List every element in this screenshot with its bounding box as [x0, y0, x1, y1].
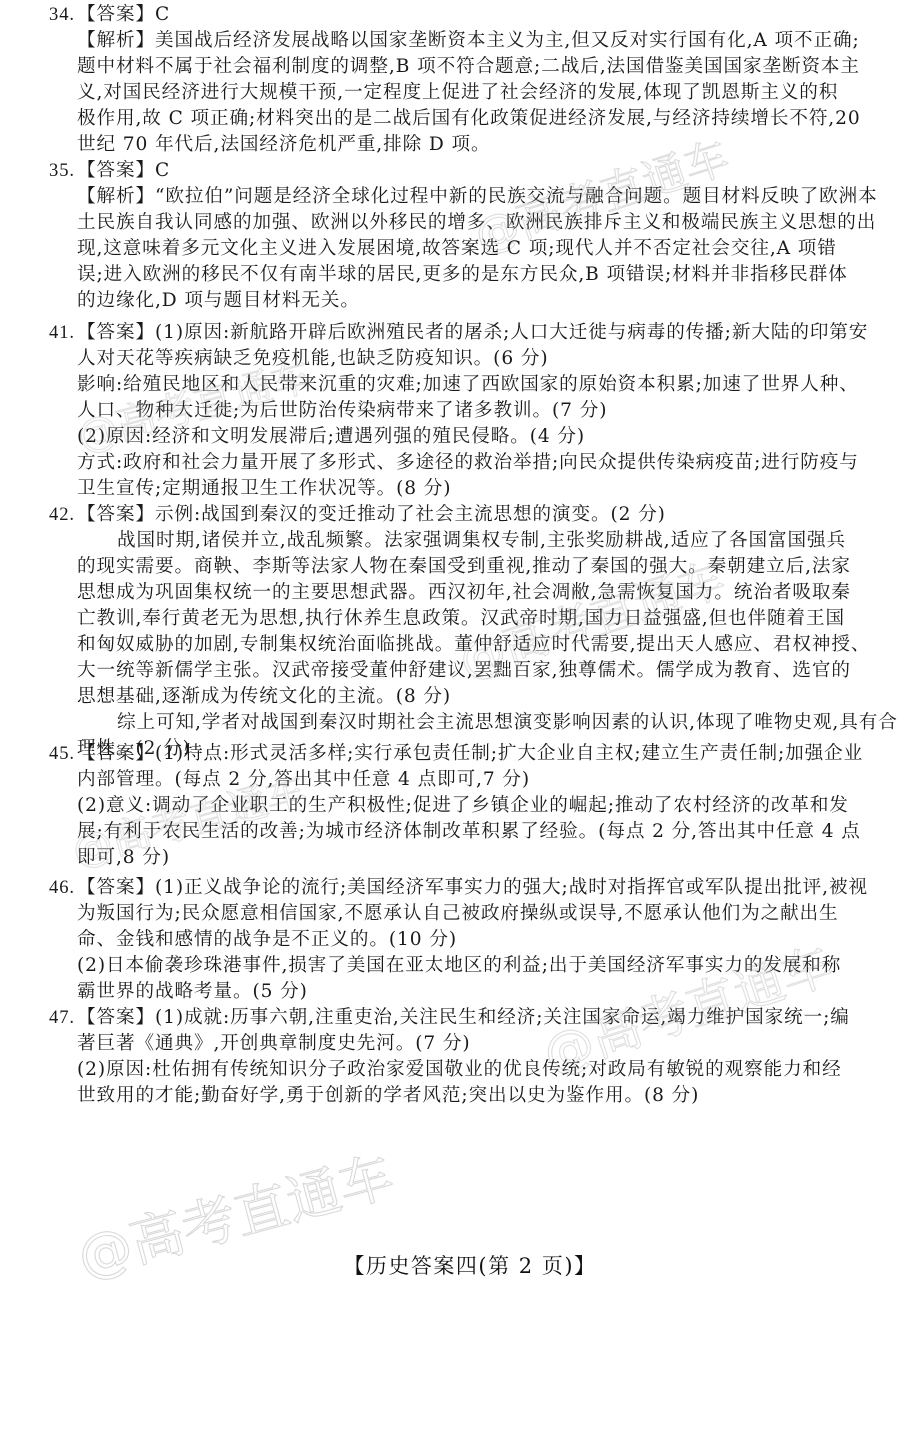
answer-line: 【解析】美国战后经济发展战略以国家垄断资本主义为主,但又反对实行国有化,A 项不… — [49, 28, 879, 54]
answer-line: 和匈奴威胁的加剧,专制集权统治面临挑战。董仲舒适应时代需要,提出天人感应、君权神… — [49, 632, 879, 658]
answer-line: 世纪 70 年代后,法国经济危机严重,排除 D 项。 — [49, 132, 879, 158]
answer-line: 方式:政府和社会力量开展了多形式、多途径的救治举措;向民众提供传染病疫苗;进行防… — [49, 450, 879, 476]
question-number: 34. — [49, 2, 77, 28]
answer-line: 45. 【答案】(1)特点:形式灵活多样;实行承包责任制;扩大企业自主权;建立生… — [49, 741, 879, 767]
answer-line: 土民族自我认同感的加强、欧洲以外移民的增多、欧洲民族排斥主义和极端民族主义思想的… — [49, 210, 879, 236]
answer-34: 34. 【答案】C 【解析】美国战后经济发展战略以国家垄断资本主义为主,但又反对… — [49, 2, 879, 158]
answer-47: 47. 【答案】(1)成就:历事六朝,注重吏治,关注民生和经济;关注国家命运,竭… — [49, 1005, 879, 1109]
answer-line: 现,这意味着多元文化主义进入发展困境,故答案选 C 项;现代人并不否定社会交往,… — [49, 236, 879, 262]
answer-line: 亡教训,奉行黄老无为思想,执行休养生息政策。汉武帝时期,国力日益强盛,但也伴随着… — [49, 606, 879, 632]
answer-line: 内部管理。(每点 2 分,答出其中任意 4 点即可,7 分) — [49, 767, 879, 793]
answer-line: 极作用,故 C 项正确;材料突出的是二战后国有化政策促进经济发展,与经济持续增长… — [49, 106, 879, 132]
answer-line: 42. 【答案】示例:战国到秦汉的变迁推动了社会主流思想的演变。(2 分) — [49, 502, 879, 528]
answer-line: (2)原因:杜佑拥有传统知识分子政治家爱国敬业的优良传统;对政局有敏锐的观察能力… — [49, 1057, 879, 1083]
answer-line: 霸世界的战略考量。(5 分) — [49, 979, 879, 1005]
answer-line: 思想基础,逐渐成为传统文化的主流。(8 分) — [49, 684, 879, 710]
answer-line: 义,对国民经济进行大规模干预,一定程度上促进了社会经济的发展,体现了凯恩斯主义的… — [49, 80, 879, 106]
answer-line: 著巨著《通典》,开创典章制度史先河。(7 分) — [49, 1031, 879, 1057]
question-number: 47. — [49, 1005, 77, 1031]
answer-line: 误;进入欧洲的移民不仅有南半球的居民,更多的是东方民众,B 项错误;材料并非指移… — [49, 262, 879, 288]
answer-line: 思想成为巩固集权统一的主要思想武器。西汉初年,社会凋敝,急需恢复国力。统治者吸取… — [49, 580, 879, 606]
answer-41: 41. 【答案】(1)原因:新航路开辟后欧洲殖民者的屠杀;人口大迁徙与病毒的传播… — [49, 320, 879, 502]
page-footer: 【历史答案四(第 2 页)】 — [0, 1250, 900, 1280]
answer-line: 的边缘化,D 项与题目材料无关。 — [49, 288, 879, 314]
answer-line: 的现实需要。商鞅、李斯等法家人物在秦国受到重视,推动了秦国的强大。秦朝建立后,法… — [49, 554, 879, 580]
answer-line: 35. 【答案】C — [49, 158, 879, 184]
answer-line: 战国时期,诸侯并立,战乱频繁。法家强调集权专制,主张奖励耕战,适应了各国富国强兵 — [49, 528, 879, 554]
answer-line: 影响:给殖民地区和人民带来沉重的灾难;加速了西欧国家的原始资本积累;加速了世界人… — [49, 372, 879, 398]
answer-42: 42. 【答案】示例:战国到秦汉的变迁推动了社会主流思想的演变。(2 分) 战国… — [49, 502, 879, 762]
answer-line: 展;有利于农民生活的改善;为城市经济体制改革积累了经验。(每点 2 分,答出其中… — [49, 819, 879, 845]
answer-line: (2)日本偷袭珍珠港事件,损害了美国在亚太地区的利益;出于美国经济军事实力的发展… — [49, 953, 879, 979]
answer-46: 46. 【答案】(1)正义战争论的流行;美国经济军事实力的强大;战时对指挥官或军… — [49, 875, 879, 1005]
question-number: 46. — [49, 875, 77, 901]
question-number: 41. — [49, 320, 77, 346]
answer-line: 卫生宣传;定期通报卫生工作状况等。(8 分) — [49, 476, 879, 502]
answer-line: 人对天花等疾病缺乏免疫机能,也缺乏防疫知识。(6 分) — [49, 346, 879, 372]
answer-line: 大一统等新儒学主张。汉武帝接受董仲舒建议,罢黜百家,独尊儒术。儒学成为教育、选官… — [49, 658, 879, 684]
question-number: 35. — [49, 158, 77, 184]
answer-line: 【解析】“欧拉伯”问题是经济全球化过程中新的民族交流与融合问题。题目材料反映了欧… — [49, 184, 879, 210]
document-page: 34. 【答案】C 【解析】美国战后经济发展战略以国家垄断资本主义为主,但又反对… — [0, 0, 900, 1432]
answer-45: 45. 【答案】(1)特点:形式灵活多样;实行承包责任制;扩大企业自主权;建立生… — [49, 741, 879, 871]
answer-line: 47. 【答案】(1)成就:历事六朝,注重吏治,关注民生和经济;关注国家命运,竭… — [49, 1005, 879, 1031]
answer-line: 为叛国行为;民众愿意相信国家,不愿承认自己被政府操纵或误导,不愿承认他们为之献出… — [49, 901, 879, 927]
answer-line: 题中材料不属于社会福利制度的调整,B 项不符合题意;二战后,法国借鉴美国国家垄断… — [49, 54, 879, 80]
answer-line: 34. 【答案】C — [49, 2, 879, 28]
question-number: 45. — [49, 741, 77, 767]
answer-line: 世致用的才能;勤奋好学,勇于创新的学者风范;突出以史为鉴作用。(8 分) — [49, 1083, 879, 1109]
answer-line: (2)意义:调动了企业职工的生产积极性;促进了乡镇企业的崛起;推动了农村经济的改… — [49, 793, 879, 819]
answer-line: 命、金钱和感情的战争是不正义的。(10 分) — [49, 927, 879, 953]
answer-line: 综上可知,学者对战国到秦汉时期社会主流思想演变影响因素的认识,体现了唯物史观,具… — [49, 710, 879, 736]
answer-line: 即可,8 分) — [49, 845, 879, 871]
question-number: 42. — [49, 502, 77, 528]
answer-35: 35. 【答案】C 【解析】“欧拉伯”问题是经济全球化过程中新的民族交流与融合问… — [49, 158, 879, 314]
answer-line: (2)原因:经济和文明发展滞后;遭遇列强的殖民侵略。(4 分) — [49, 424, 879, 450]
answer-line: 46. 【答案】(1)正义战争论的流行;美国经济军事实力的强大;战时对指挥官或军… — [49, 875, 879, 901]
answer-line: 41. 【答案】(1)原因:新航路开辟后欧洲殖民者的屠杀;人口大迁徙与病毒的传播… — [49, 320, 879, 346]
answer-line: 人口、物种大迁徙;为后世防治传染病带来了诸多教训。(7 分) — [49, 398, 879, 424]
